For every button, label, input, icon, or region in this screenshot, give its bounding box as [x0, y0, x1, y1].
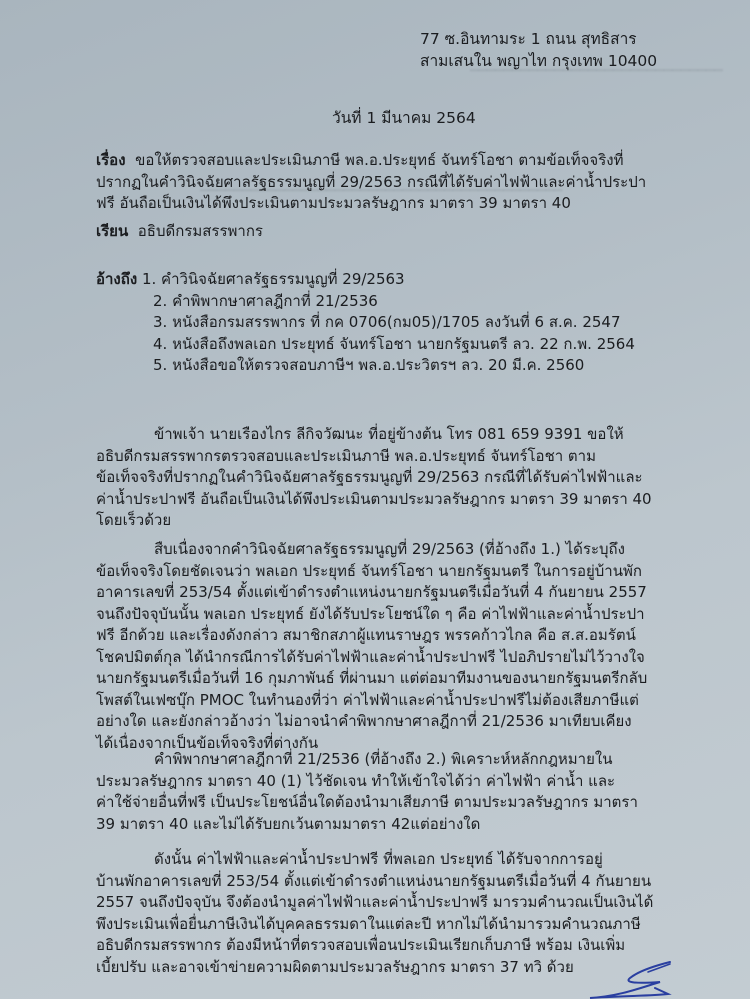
sender-address: 77 ซ.อินทามระ 1 ถนน สุทธิสาร สามเสนใน พญ… [420, 28, 657, 72]
reference-item: 1. คำวินิจฉัยศาลรัฐธรรมนูญที่ 29/2563 [142, 270, 405, 288]
signature-icon [570, 960, 750, 999]
subject-section: เรื่อง ขอให้ตรวจสอบและประเมินภาษี พล.อ.ป… [96, 150, 716, 215]
subject-label: เรื่อง [96, 151, 126, 169]
subject-text: ฟรี อันถือเป็นเงินได้พึงประเมินตามประมวล… [96, 193, 716, 215]
body-paragraph-1: ข้าพเจ้า นายเรืองไกร ลีกิจวัฒนะ ที่อยู่ข… [96, 424, 716, 532]
reference-item: 5. หนังสือขอให้ตรวจสอบภาษีฯ พล.อ.ประวิตร… [96, 355, 716, 377]
recipient-name: อธิบดีกรมสรรพากร [138, 222, 263, 240]
paragraph-line: คำพิพากษาศาลฎีกาที่ 21/2536 (ที่อ้างถึง … [96, 749, 716, 771]
paragraph-line: ดังนั้น ค่าไฟฟ้าและค่าน้ำประปาฟรี ที่พลเ… [96, 849, 716, 871]
subject-text: ขอให้ตรวจสอบและประเมินภาษี พล.อ.ประยุทธ์… [135, 151, 623, 169]
letter-date: วันที่ 1 มีนาคม 2564 [332, 105, 476, 130]
body-paragraph-3: คำพิพากษาศาลฎีกาที่ 21/2536 (ที่อ้างถึง … [96, 749, 716, 835]
paragraph-line: สืบเนื่องจากคำวินิจฉัยศาลรัฐธรรมนูญที่ 2… [96, 539, 716, 561]
paragraph-line: โดยเร็วด้วย [96, 510, 716, 532]
paragraph-line: โพสต์ในเฟซบุ๊ก PMOC ในทำนองที่ว่า ค่าไฟฟ… [96, 690, 716, 712]
paragraph-line: ค่าน้ำประปาฟรี อันถือเป็นเงินได้พึงประเม… [96, 489, 716, 511]
paragraph-line: นายกรัฐมนตรีเมื่อวันที่ 16 กุมภาพันธ์ ที… [96, 668, 716, 690]
references-label: อ้างถึง [96, 270, 137, 288]
paragraph-line: ข้อเท็จจริงโดยชัดเจนว่า พลเอก ประยุทธ์ จ… [96, 561, 716, 583]
references-section: อ้างถึง 1. คำวินิจฉัยศาลรัฐธรรมนูญที่ 29… [96, 269, 716, 377]
paragraph-line: อธิบดีกรมสรรพากร ต้องมีหน้าที่ตรวจสอบเพื… [96, 935, 716, 957]
paragraph-line: อาคารเลขที่ 253/54 ตั้งแต่เข้าดำรงตำแหน่… [96, 582, 716, 604]
reference-item: 3. หนังสือกรมสรรพากร ที่ กค 0706(กม05)/1… [96, 312, 716, 334]
body-paragraph-4: ดังนั้น ค่าไฟฟ้าและค่าน้ำประปาฟรี ที่พลเ… [96, 849, 716, 978]
paragraph-line: อย่างใด และยังกล่าวอ้างว่า ไม่อาจนำคำพิพ… [96, 711, 716, 733]
paragraph-line: พึงประเมินเพื่อยื่นภาษีเงินได้บุคคลธรรมด… [96, 914, 716, 936]
recipient-label: เรียน [96, 222, 128, 240]
paragraph-line: ข้าพเจ้า นายเรืองไกร ลีกิจวัฒนะ ที่อยู่ข… [96, 424, 716, 446]
paragraph-line: ข้อเท็จจริงที่ปรากฏในคำวินิจฉัยศาลรัฐธรร… [96, 467, 716, 489]
paragraph-line: ฟรี อีกด้วย และเรื่องดังกล่าว สมาชิกสภาผ… [96, 625, 716, 647]
body-paragraph-2: สืบเนื่องจากคำวินิจฉัยศาลรัฐธรรมนูญที่ 2… [96, 539, 716, 754]
paragraph-line: จนถึงปัจจุบันนั้น พลเอก ประยุทธ์ ยังได้ร… [96, 604, 716, 626]
address-line: 77 ซ.อินทามระ 1 ถนน สุทธิสาร [420, 28, 657, 50]
paragraph-line: อธิบดีกรมสรรพากรตรวจสอบและประเมินภาษี พล… [96, 446, 716, 468]
paragraph-line: 2557 จนถึงปัจจุบัน จึงต้องนำมูลค่าไฟฟ้าแ… [96, 892, 716, 914]
letter-page: ━━━━━━━━━━━━━━━━━━━━━━━━━━━━━━ ━━━━━━━━━… [0, 0, 750, 999]
address-line: สามเสนใน พญาไท กรุงเทพ 10400 [420, 50, 657, 72]
paragraph-line: 39 มาตรา 40 และไม่ได้รับยกเว้นตามมาตรา 4… [96, 814, 716, 836]
paragraph-line: ค่าใช้จ่ายอื่นที่ฟรี เป็นประโยชน์อื่นใดต… [96, 792, 716, 814]
reference-item: 2. คำพิพากษาศาลฎีกาที่ 21/2536 [96, 291, 716, 313]
subject-text: ปรากฏในคำวินิจฉัยศาลรัฐธรรมนูญที่ 29/256… [96, 172, 716, 194]
reference-item: 4. หนังสือถึงพลเอก ประยุทธ์ จันทร์โอชา น… [96, 334, 716, 356]
paragraph-line: ประมวลรัษฎากร มาตรา 40 (1) ไว้ชัดเจน ทำใ… [96, 771, 716, 793]
paragraph-line: บ้านพักอาคารเลขที่ 253/54 ตั้งแต่เข้าดำร… [96, 871, 716, 893]
recipient-section: เรียน อธิบดีกรมสรรพากร [96, 221, 716, 243]
paragraph-line: โชคปมิตต์กุล ได้นำกรณีการได้รับค่าไฟฟ้าแ… [96, 647, 716, 669]
